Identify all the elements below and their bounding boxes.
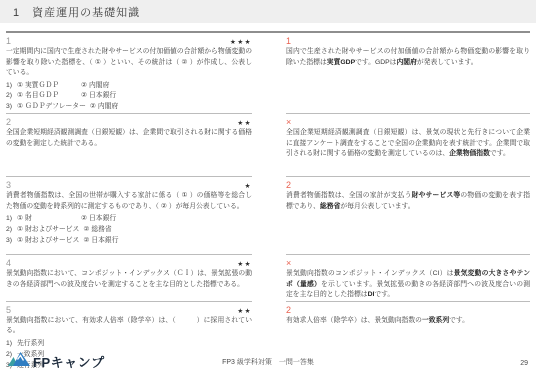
answer-block: 1 国内で生産された財やサービスの付加価値の合計額から物価変動の影響を取り除いた…	[286, 33, 530, 113]
option-list: 1)① 実質ＧＤＰ② 内閣府2)① 名目ＧＤＰ② 日本銀行3)① ＧＤＰデフレー…	[6, 81, 252, 114]
logo-text: FPキャンプ	[33, 352, 105, 371]
question-number: 4	[6, 258, 11, 268]
question-text: 景気動向指数において、有効求人倍率（除学卒）は、（ ）に採用されている。	[6, 316, 252, 337]
answer-block: × 景気動向指数のコンポジット・インデックス（CI）は景気変動の大きさやテンポ（…	[286, 254, 530, 301]
difficulty-stars: ★★	[237, 307, 252, 315]
difficulty-stars: ★★★	[230, 38, 252, 46]
question-text: 景気動向指数において、コンポジット・インデックス（ＣＩ）は、景気拡張の動きの各経…	[6, 269, 252, 290]
fp-camp-logo: FPキャンプ	[8, 351, 176, 371]
option-line: 3)① ＧＤＰデフレーター② 内閣府	[6, 102, 252, 113]
page-footer: FPキャンプ FP3 級学科対策 一問一答集 29	[0, 351, 536, 371]
question-number: 1	[6, 36, 11, 46]
question-text: 全国企業短期経済観測調査（日銀短観）は、企業間で取引される財に関する価格の変動を…	[6, 128, 252, 149]
question-text: 消費者物価指数は、全国の世帯が購入する家計に係る（ ① ）の価格等を総合した物価…	[6, 191, 252, 212]
question-block: 4 ★★ 景気動向指数において、コンポジット・インデックス（ＣＩ）は、景気拡張の…	[6, 254, 252, 301]
answer-mark: 1	[286, 36, 530, 46]
qa-row: 2 ★★ 全国企業短期経済観測調査（日銀短観）は、企業間で取引される財に関する価…	[6, 113, 530, 176]
section-header-band: 1 資産運用の基礎知識	[0, 0, 536, 23]
option-line: 2)① 財およびサービス② 総務省	[6, 225, 252, 236]
page-title: 1 資産運用の基礎知識	[13, 4, 140, 20]
question-block: 3 ★ 消費者物価指数は、全国の世帯が購入する家計に係る（ ① ）の価格等を総合…	[6, 176, 252, 254]
qa-row: 4 ★★ 景気動向指数において、コンポジット・インデックス（ＣＩ）は、景気拡張の…	[6, 254, 530, 301]
answer-mark: ×	[286, 258, 530, 268]
question-number: 2	[6, 117, 11, 127]
answer-text: 国内で生産された財やサービスの付加価値の合計額から物価変動の影響を取り除いた指標…	[286, 47, 530, 68]
option-line: 1)① 実質ＧＤＰ② 内閣府	[6, 81, 252, 92]
question-text: 一定期間内に国内で生産された財やサービスの付加価値の合計額から物価変動の影響を取…	[6, 47, 252, 79]
footer-document-title: FP3 級学科対策 一問一答集	[176, 357, 360, 371]
answer-text: 景気動向指数のコンポジット・インデックス（CI）は景気変動の大きさやテンポ（量感…	[286, 269, 530, 301]
question-block: 2 ★★ 全国企業短期経済観測調査（日銀短観）は、企業間で取引される財に関する価…	[6, 113, 252, 176]
answer-text: 消費者物価指数は、全国の家計が支払う財やサービス等の物価の変動を表す指標であり、…	[286, 191, 530, 212]
answer-block: 2 消費者物価指数は、全国の家計が支払う財やサービス等の物価の変動を表す指標であ…	[286, 176, 530, 254]
answer-text: 全国企業短期経済観測調査（日銀短観）は、景気の現状と先行きについて企業に直接アン…	[286, 128, 530, 160]
answer-mark: 2	[286, 180, 530, 190]
option-line: 2)① 名目ＧＤＰ② 日本銀行	[6, 91, 252, 102]
option-line: 1)① 財② 日本銀行	[6, 214, 252, 225]
answer-text: 有効求人倍率（除学卒）は、景気動向指数の一致系列です。	[286, 316, 530, 327]
question-number: 3	[6, 180, 11, 190]
option-line: 3)① 財およびサービス② 日本銀行	[6, 236, 252, 247]
page-number: 29	[360, 360, 528, 371]
difficulty-stars: ★	[245, 182, 252, 190]
answer-mark: ×	[286, 117, 530, 127]
qa-row: 1 ★★★ 一定期間内に国内で生産された財やサービスの付加価値の合計額から物価変…	[6, 33, 530, 113]
qa-table: 1 ★★★ 一定期間内に国内で生産された財やサービスの付加価値の合計額から物価変…	[6, 31, 530, 372]
difficulty-stars: ★★	[237, 119, 252, 127]
qa-row: 3 ★ 消費者物価指数は、全国の世帯が購入する家計に係る（ ① ）の価格等を総合…	[6, 176, 530, 254]
question-block: 1 ★★★ 一定期間内に国内で生産された財やサービスの付加価値の合計額から物価変…	[6, 33, 252, 113]
mountain-icon	[8, 351, 30, 371]
difficulty-stars: ★★	[237, 260, 252, 268]
question-number: 5	[6, 305, 11, 315]
option-list: 1)① 財② 日本銀行2)① 財およびサービス② 総務省3)① 財およびサービス…	[6, 214, 252, 247]
answer-block: × 全国企業短期経済観測調査（日銀短観）は、景気の現状と先行きについて企業に直接…	[286, 113, 530, 176]
option-line: 1)先行系列	[6, 339, 252, 350]
answer-mark: 2	[286, 305, 530, 315]
